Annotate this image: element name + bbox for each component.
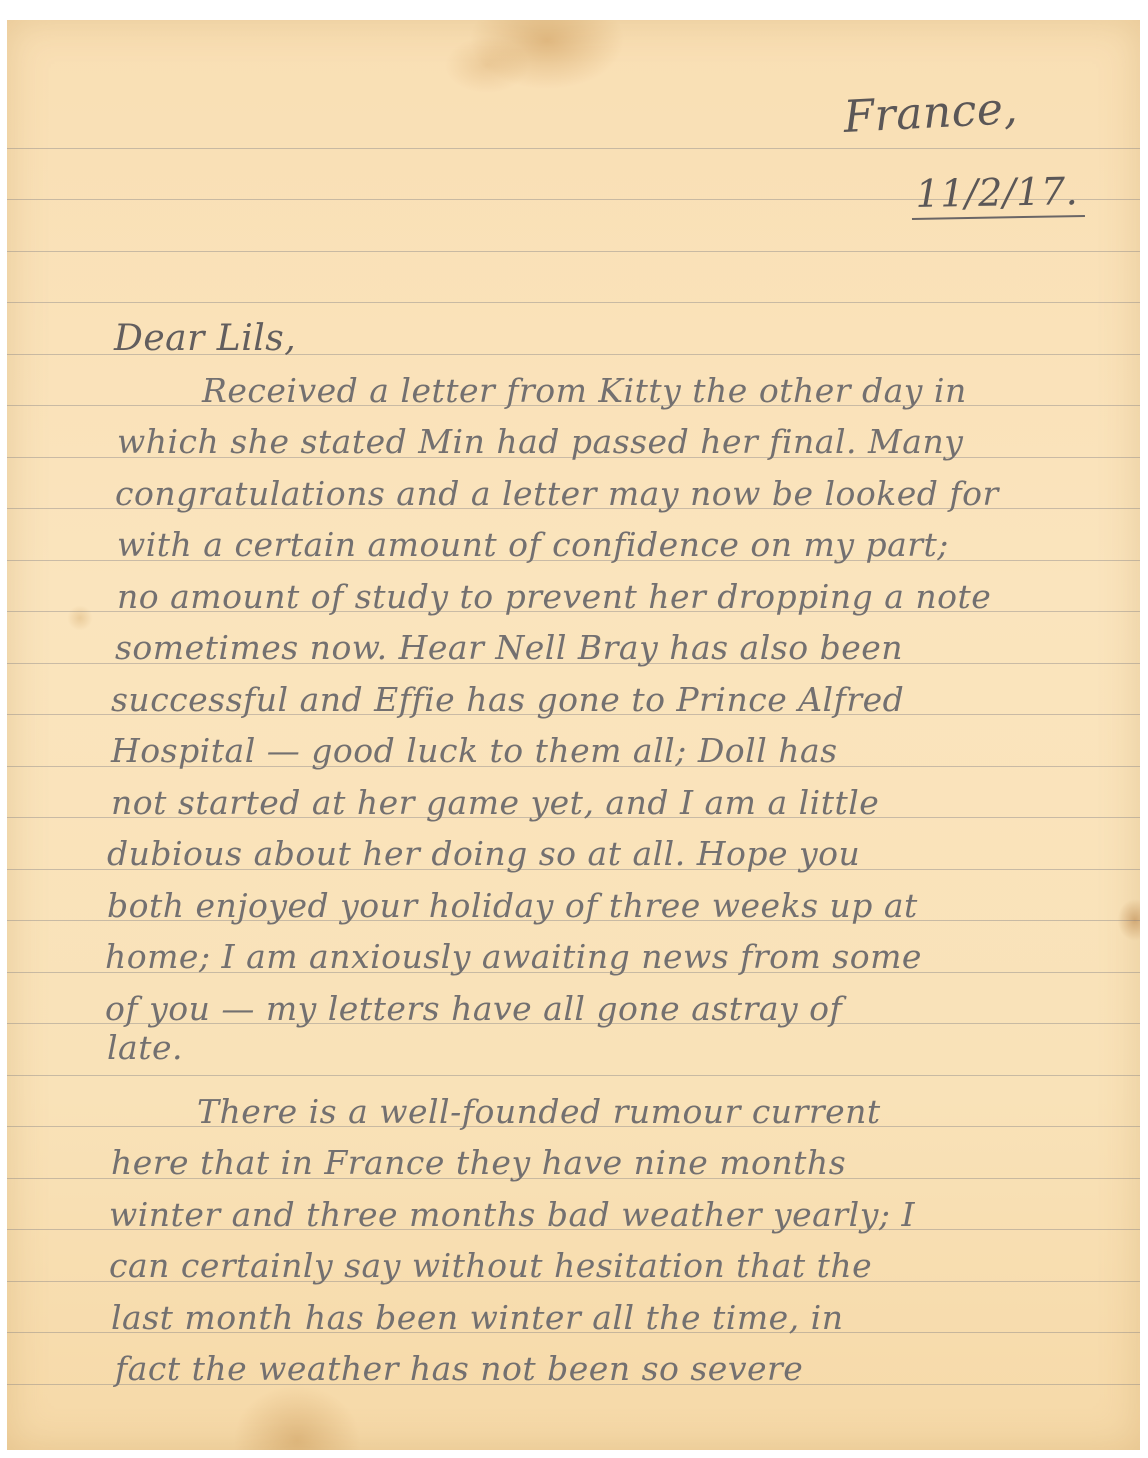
body-line: winter and three months bad weather year… — [109, 1195, 915, 1234]
body-line: here that in France they have nine month… — [111, 1143, 846, 1182]
body-line: with a certain amount of confidence on m… — [117, 525, 949, 564]
body-line: both enjoyed your holiday of three weeks… — [107, 886, 918, 925]
ruled-line — [7, 251, 1140, 252]
body-line: home; I am anxiously awaiting news from … — [105, 937, 922, 976]
ruled-line — [7, 148, 1140, 149]
letter-place: France, — [842, 83, 1019, 143]
body-line: not started at her game yet, and I am a … — [111, 783, 879, 822]
body-line: congratulations and a letter may now be … — [115, 474, 999, 513]
body-line: late. — [107, 1028, 183, 1067]
body-line: sometimes now. Hear Nell Bray has also b… — [115, 628, 903, 667]
letter-page: France, 11/2/17. Dear Lils, Received a l… — [7, 20, 1140, 1450]
body-line: no amount of study to prevent her droppi… — [117, 577, 991, 616]
body-line: There is a well-founded rumour current — [197, 1092, 881, 1131]
body-line: Received a letter from Kitty the other d… — [202, 371, 967, 410]
ruled-line — [7, 1075, 1140, 1076]
salutation: Dear Lils, — [114, 318, 296, 359]
body-line: dubious about her doing so at all. Hope … — [107, 834, 860, 873]
body-line: Hospital — good luck to them all; Doll h… — [111, 731, 838, 770]
letter-date: 11/2/17. — [911, 169, 1084, 220]
body-line: can certainly say without hesitation tha… — [109, 1246, 872, 1285]
body-line: of you — my letters have all gone astray… — [105, 989, 842, 1028]
ruled-line — [7, 302, 1140, 303]
body-line: which she stated Min had passed her fina… — [117, 422, 963, 461]
body-line: successful and Effie has gone to Prince … — [111, 680, 904, 719]
body-line: last month has been winter all the time,… — [111, 1298, 843, 1337]
body-line: fact the weather has not been so severe — [115, 1349, 803, 1388]
